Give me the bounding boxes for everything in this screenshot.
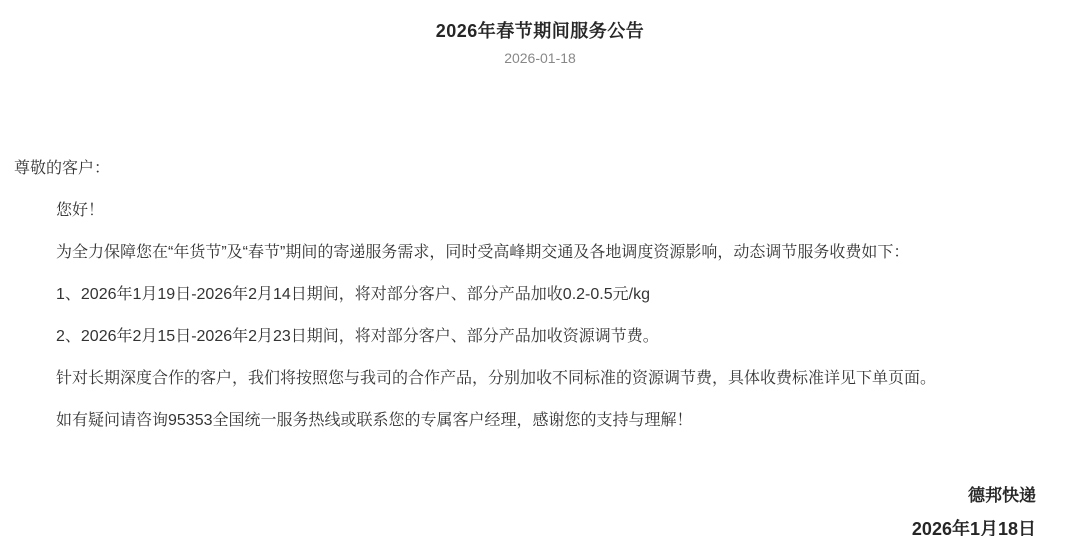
notice-paragraph-item-1: 1、2026年1月19日-2026年2月14日期间，将对部分客户、部分产品加收0… bbox=[14, 285, 1066, 305]
notice-paragraph-item-2: 2、2026年2月15日-2026年2月23日期间，将对部分客户、部分产品加收资… bbox=[14, 327, 1066, 347]
salutation: 尊敬的客户： bbox=[14, 159, 1066, 179]
notice-paragraph-greeting: 您好！ bbox=[14, 201, 1066, 221]
service-notice-page: 2026年春节期间服务公告 2026-01-18 尊敬的客户： 您好！ 为全力保… bbox=[0, 0, 1080, 536]
signature-company: 德邦快递 bbox=[14, 486, 1036, 506]
signature-block: 德邦快递 2026年1月18日 bbox=[14, 486, 1066, 536]
notice-paragraph-intro: 为全力保障您在“年货节”及“春节”期间的寄递服务需求，同时受高峰期交通及各地调度… bbox=[14, 243, 1066, 263]
notice-paragraph-hotline: 如有疑问请咨询95353全国统一服务热线或联系您的专属客户经理，感谢您的支持与理… bbox=[14, 411, 1066, 431]
signature-date: 2026年1月18日 bbox=[14, 519, 1036, 536]
notice-body: 尊敬的客户： 您好！ 为全力保障您在“年货节”及“春节”期间的寄递服务需求，同时… bbox=[0, 159, 1080, 536]
notice-paragraph-partners: 针对长期深度合作的客户，我们将按照您与我司的合作产品，分别加收不同标准的资源调节… bbox=[14, 369, 1066, 389]
notice-publish-date: 2026-01-18 bbox=[0, 50, 1080, 67]
notice-title: 2026年春节期间服务公告 bbox=[0, 0, 1080, 42]
